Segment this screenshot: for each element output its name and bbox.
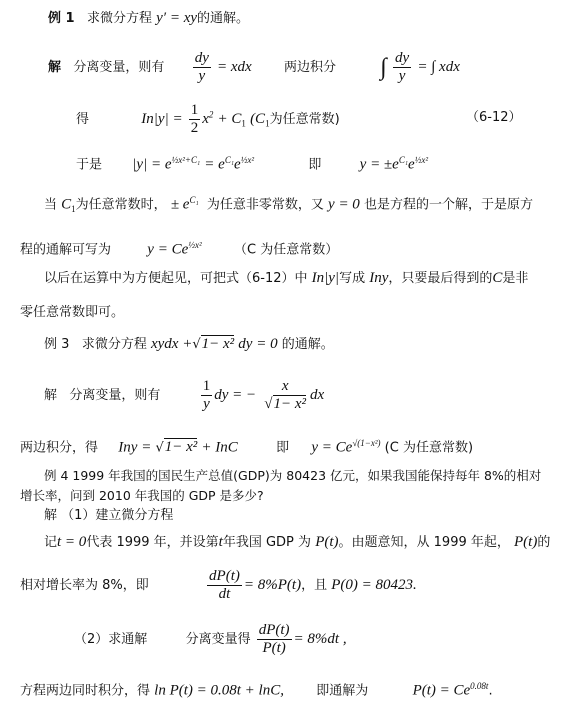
text: 分离变量，则有: [73, 60, 164, 75]
fraction: dyy: [193, 50, 211, 85]
example-1-heading: 例 1 求微分方程 y′ = xy的通解。: [48, 10, 249, 27]
text: 求微分方程: [87, 11, 152, 26]
fraction: dP(t)P(t): [257, 622, 292, 657]
equation-number: （6-12）: [466, 110, 522, 126]
text: 的通解。: [197, 11, 249, 26]
equation: In|y| =: [141, 111, 182, 127]
fraction: dP(t)dt: [207, 568, 242, 603]
paragraph-note: 以后在运算中为方便起见，可把式（6-12）中 In|y|写成 Iny，只要最后得…: [44, 270, 528, 287]
equation: = xdx: [217, 59, 252, 75]
example-4-step1: 解 （1）建立微分方程: [44, 508, 173, 524]
paragraph-note-end: 零任意常数即可。: [20, 305, 124, 321]
example-4-result: 方程两边同时积分，得 ln P(t) = 0.08t + lnC, 即通解为 P…: [20, 678, 493, 699]
example-4-line1: 例 4 1999 年我国的国民生产总值(GDP)为 80423 亿元，如果我国能…: [44, 468, 541, 484]
example-3-separation: 解 分离变量，则有 1ydy = − x√1− x²dx: [44, 378, 324, 413]
ln-equation-line: 得 In|y| = 12x2 + C1 (C1为任意常数): [76, 102, 340, 137]
example-4-line2: 增长率，问到 2010 年我国的 GDP 是多少?: [20, 488, 264, 504]
solution-1-separation: 解 分离变量，则有 dyy = xdx 两边积分 ∫ dyy = ∫ xdx: [48, 50, 460, 85]
paragraph-c1: 当 C1为任意常数时， ± eC₁ 为任意非零常数，又 y = 0 也是方程的一…: [44, 192, 533, 217]
fraction: x√1− x²: [262, 378, 308, 413]
text: 得: [76, 112, 89, 127]
integral-sign: ∫: [380, 55, 387, 81]
example-label: 例 1: [48, 11, 75, 26]
abs-y-line: 于是 |y| = e½x²+C₁ = eC₁e½x² 即 y = ±eC₁e½x…: [76, 152, 428, 173]
general-solution-line: 程的通解可写为 y = Ce½x² （C 为任意常数）: [20, 237, 338, 258]
text: 即: [308, 157, 321, 172]
fraction: 12: [189, 102, 201, 137]
example-3-heading: 例 3 求微分方程 xydx +√1− x² dy = 0 的通解。: [44, 336, 334, 353]
solution-label: 解: [48, 60, 61, 75]
text: 于是: [76, 157, 102, 172]
example-4-ode: 相对增长率为 8%，即 dP(t)dt= 8%P(t)，且 P(0) = 804…: [20, 568, 417, 603]
fraction: 1y: [201, 378, 213, 413]
fraction: dyy: [393, 50, 411, 85]
text: 两边积分: [284, 60, 336, 75]
example-3-integration: 两边积分，得 Iny = √1− x² + InC 即 y = Ce√(1−x²…: [20, 435, 473, 456]
example-4-definition: 记t = 0代表 1999 年，并设第t年我国 GDP 为 P(t)。由题意知，…: [44, 534, 550, 551]
equation: = ∫ xdx: [417, 59, 460, 75]
equation: y′ = xy: [156, 10, 197, 26]
example-4-step2: （2）求通解 分离变量得 dP(t)P(t)= 8%dt ,: [74, 622, 347, 657]
